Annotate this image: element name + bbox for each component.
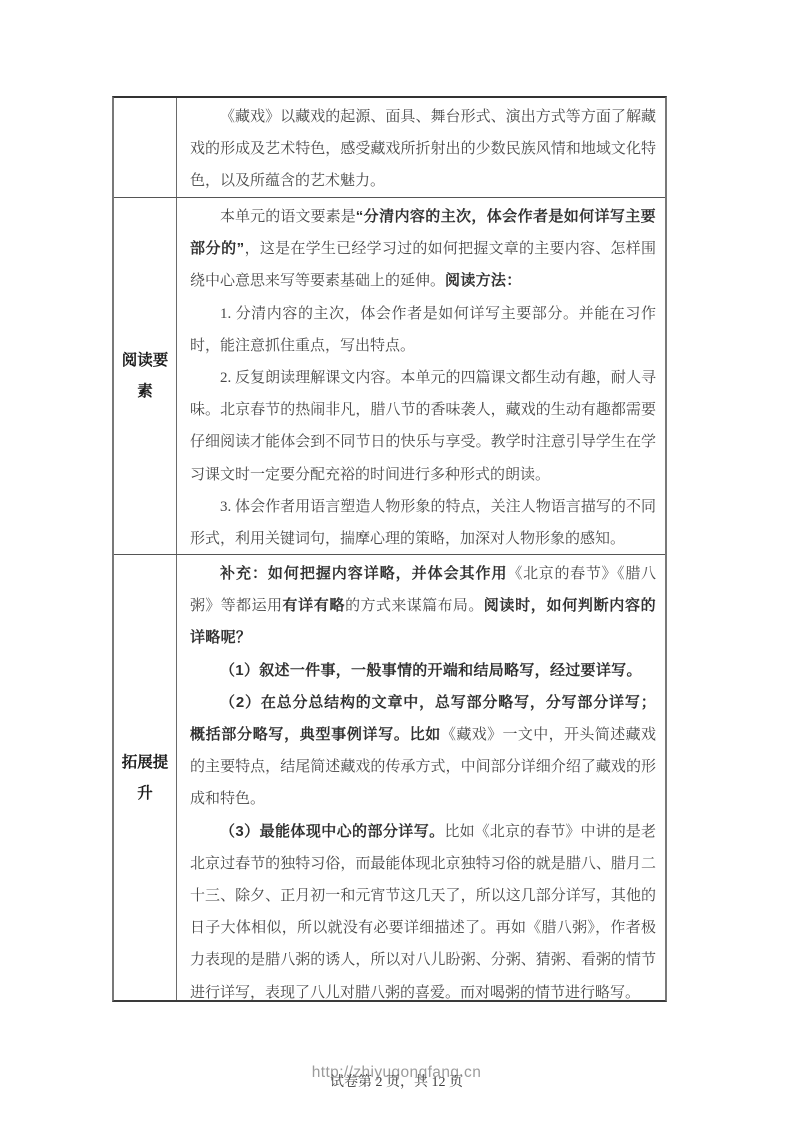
- page-number: 试卷第 2 页，共 12 页: [0, 1071, 793, 1091]
- row-content: 《藏戏》以藏戏的起源、面具、舞台形式、演出方式等方面了解藏戏的形成及艺术特色，感…: [177, 98, 665, 197]
- row-label-cell: [114, 98, 177, 197]
- text-run: 本单元的语文要素是: [220, 209, 356, 225]
- page-footer: http://zhiyugongfang.cn 试卷第 2 页，共 12 页: [0, 1060, 793, 1100]
- text-run: 比如《北京的春节》中讲的是老北京过春节的独特习俗，而最能体现北京独特习俗的就是腊…: [190, 824, 656, 1000]
- row-label: 拓展提升: [121, 747, 169, 809]
- paragraph: 本单元的语文要素是“分清内容的主次，体会作者是如何详写主要部分的”，这是在学生已…: [190, 201, 656, 298]
- paragraph: （1）叙述一件事，一般事情的开端和结局略写，经过要详写。: [190, 655, 656, 687]
- row-label-cell: 阅读要素: [114, 198, 177, 554]
- text-run: （1）叙述一件事，一般事情的开端和结局略写，经过要详写。: [220, 662, 642, 679]
- paragraph: 补充：如何把握内容详略，并体会其作用《北京的春节》《腊八粥》等都运用有详有略的方…: [190, 558, 656, 655]
- paragraph: 3. 体会作者用语言塑造人物形象的特点，关注人物语言描写的不同形式，利用关键词句…: [190, 491, 656, 554]
- text-run: 阅读方法：: [445, 272, 522, 289]
- document-table: 《藏戏》以藏戏的起源、面具、舞台形式、演出方式等方面了解藏戏的形成及艺术特色，感…: [112, 96, 667, 1002]
- table-row-extension: 拓展提升 补充：如何把握内容详略，并体会其作用《北京的春节》《腊八粥》等都运用有…: [114, 554, 665, 1000]
- row-label: 阅读要素: [121, 345, 169, 407]
- text-run: 2. 反复朗读理解课文内容。本单元的四篇课文都生动有趣，耐人寻味。北京春节的热闹…: [190, 370, 656, 483]
- table-row-unit-overview: 《藏戏》以藏戏的起源、面具、舞台形式、演出方式等方面了解藏戏的形成及艺术特色，感…: [114, 98, 665, 197]
- page: { "table": { "rows": [ { "label": "", "p…: [0, 0, 793, 1122]
- paragraph: 1. 分清内容的主次，体会作者是如何详写主要部分。并能在习作时，能注意抓住重点，…: [190, 298, 656, 362]
- text-run: 1. 分清内容的主次，体会作者是如何详写主要部分。并能在习作时，能注意抓住重点，…: [190, 306, 656, 354]
- paragraph: （2）在总分总结构的文章中，总写部分略写，分写部分详写；概括部分略写，典型事例详…: [190, 687, 656, 816]
- row-content: 补充：如何把握内容详略，并体会其作用《北京的春节》《腊八粥》等都运用有详有略的方…: [177, 555, 665, 1000]
- text-run: 有详有略: [282, 597, 345, 614]
- text-run: 3. 体会作者用语言塑造人物形象的特点，关注人物语言描写的不同形式，利用关键词句…: [190, 499, 656, 547]
- text-run: 补充：如何把握内容详略，并体会其作用: [220, 565, 507, 582]
- text-run: 《藏戏》以藏戏的起源、面具、舞台形式、演出方式等方面了解藏戏的形成及艺术特色，感…: [190, 109, 656, 189]
- paragraph: 2. 反复朗读理解课文内容。本单元的四篇课文都生动有趣，耐人寻味。北京春节的热闹…: [190, 362, 656, 491]
- text-run: 的方式来谋篇布局。: [345, 598, 484, 614]
- paragraph: 《藏戏》以藏戏的起源、面具、舞台形式、演出方式等方面了解藏戏的形成及艺术特色，感…: [190, 101, 656, 197]
- text-run: ，这是在学生已经学习过的如何把握文章的主要内容、怎样围绕中心意思来写等要素基础上…: [190, 241, 656, 289]
- table-row-reading-elements: 阅读要素 本单元的语文要素是“分清内容的主次，体会作者是如何详写主要部分的”，这…: [114, 197, 665, 554]
- text-run: （3）最能体现中心的部分详写。: [220, 823, 445, 840]
- paragraph: （3）最能体现中心的部分详写。比如《北京的春节》中讲的是老北京过春节的独特习俗，…: [190, 816, 656, 1000]
- row-content: 本单元的语文要素是“分清内容的主次，体会作者是如何详写主要部分的”，这是在学生已…: [177, 198, 665, 554]
- row-label-cell: 拓展提升: [114, 555, 177, 1000]
